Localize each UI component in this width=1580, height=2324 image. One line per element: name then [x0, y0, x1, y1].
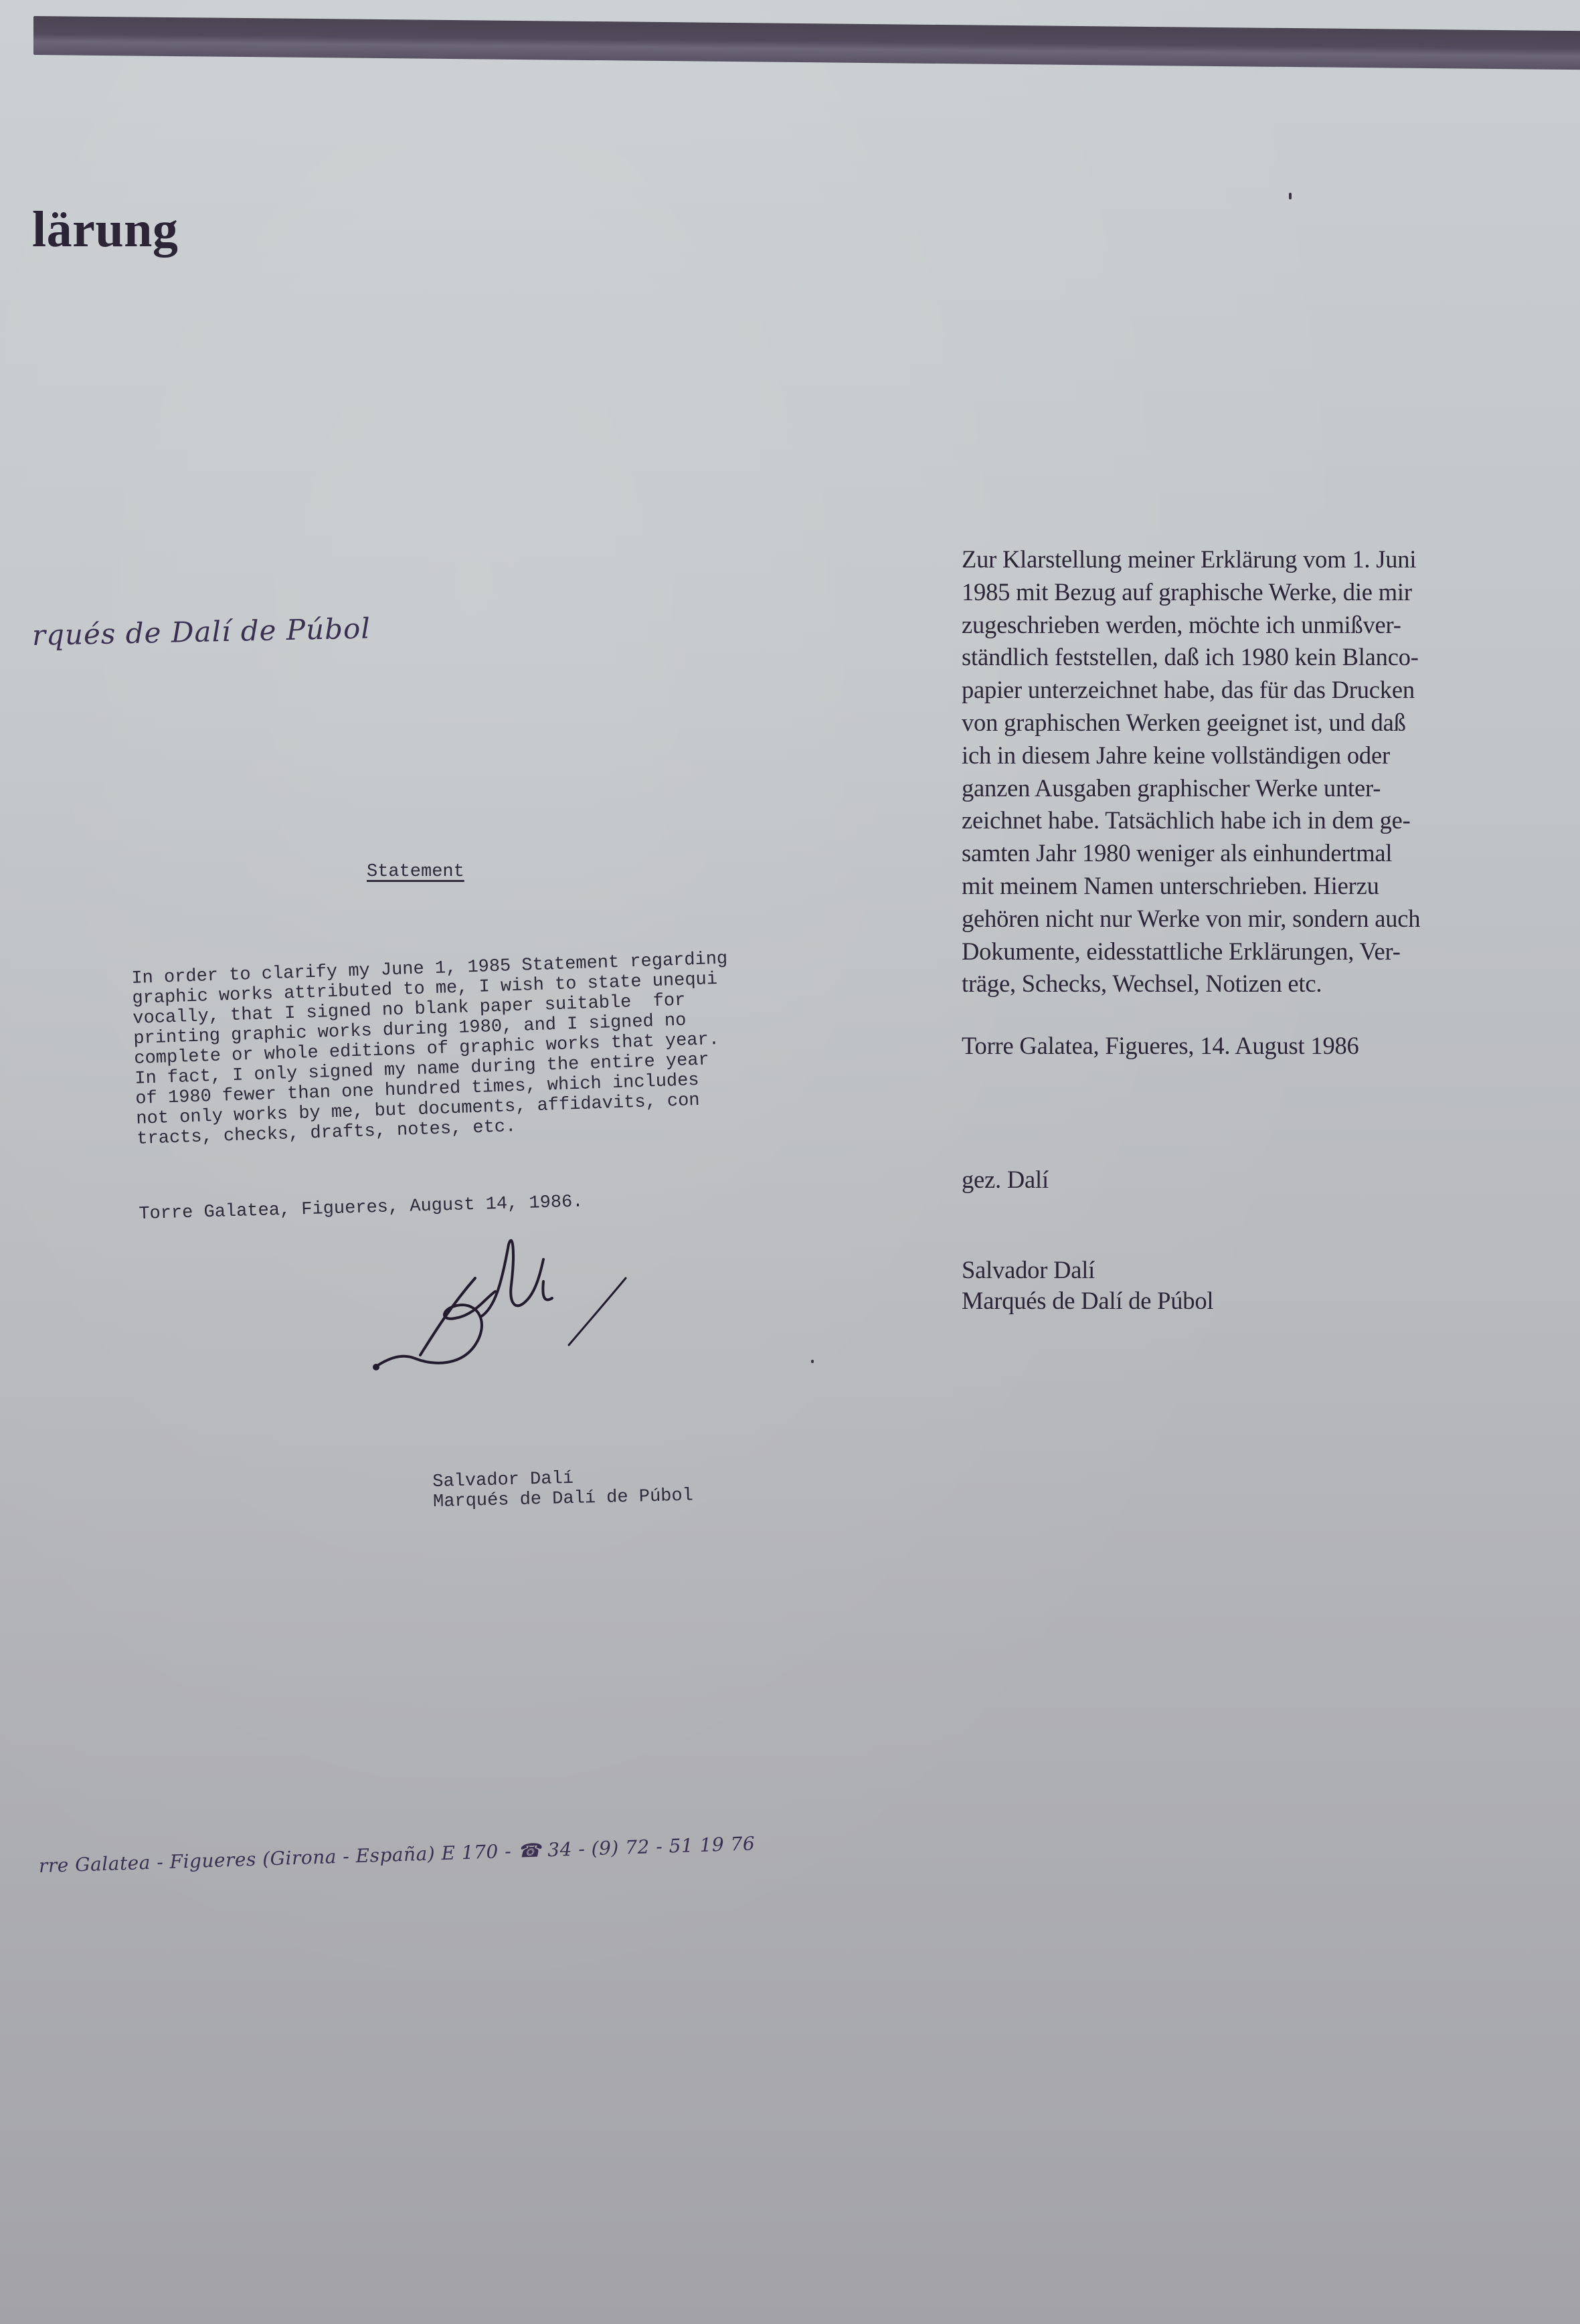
handwritten-signature: Dalí: [361, 1231, 656, 1378]
german-line: ganzen Ausgaben graphischer Werke unter-: [962, 772, 1564, 805]
german-signature-note: gez. Dalí: [962, 1164, 1564, 1196]
german-line: papier unterzeichnet habe, das für das D…: [962, 674, 1564, 707]
german-place-date: Torre Galatea, Figueres, 14. August 1986: [962, 1030, 1564, 1062]
german-line: ständlich feststellen, daß ich 1980 kein…: [962, 641, 1564, 674]
english-signatory: Salvador Dalí Marqués de Dalí de Púbol: [432, 1465, 693, 1512]
german-line: 1985 mit Bezug auf graphische Werke, die…: [962, 576, 1564, 609]
german-line: gehören nicht nur Werke von mir, sondern…: [962, 903, 1564, 935]
german-line: ich in diesem Jahre keine vollständigen …: [962, 739, 1564, 772]
signatory-name: Salvador Dalí: [962, 1255, 1564, 1285]
german-line: träge, Schecks, Wechsel, Notizen etc.: [962, 968, 1564, 1000]
german-line: zeichnet habe. Tatsächlich habe ich in d…: [962, 804, 1564, 837]
letterhead-footer-address: rre Galatea - Figueres (Girona - España)…: [38, 1832, 755, 1877]
letterhead-name: rqués de Dalí de Púbol: [31, 612, 371, 652]
german-line: mit meinem Namen unterschrieben. Hierzu: [962, 870, 1564, 903]
german-statement: Zur Klarstellung meiner Erklärung vom 1.…: [962, 543, 1564, 1316]
german-line: samten Jahr 1980 weniger als einhundertm…: [962, 837, 1564, 870]
paper-speck: [1289, 193, 1292, 199]
german-line: Zur Klarstellung meiner Erklärung vom 1.…: [962, 543, 1564, 576]
german-line: zugeschrieben werden, möchte ich unmißve…: [962, 609, 1564, 642]
signatory-title: Marqués de Dalí de Púbol: [962, 1285, 1564, 1316]
english-place-date: Torre Galatea, Figueres, August 14, 1986…: [139, 1192, 584, 1225]
top-rule-bar: [33, 16, 1580, 70]
german-line: Dokumente, eidesstattliche Erklärungen, …: [962, 935, 1564, 968]
statement-title: Statement: [367, 862, 464, 882]
page-heading: lärung: [32, 201, 178, 259]
english-statement-body: In order to clarify my June 1, 1985 Stat…: [131, 947, 806, 1150]
german-signatory: Salvador Dalí Marqués de Dalí de Púbol: [962, 1255, 1564, 1316]
german-line: von graphischen Werken geeignet ist, und…: [962, 707, 1564, 739]
paper-speck: [811, 1360, 814, 1363]
